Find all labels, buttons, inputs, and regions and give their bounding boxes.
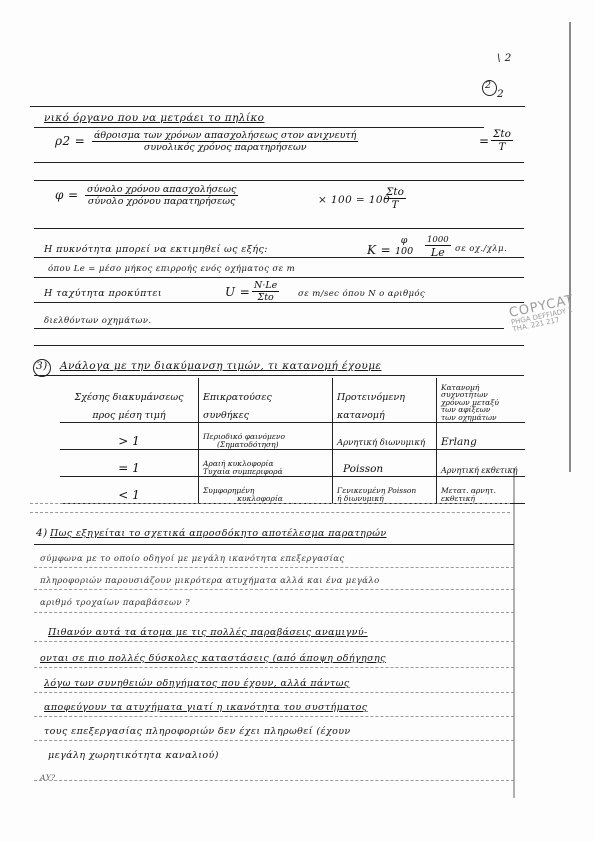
page-number-sub: 2 [497, 88, 504, 100]
rho2-denominator: συνολικός χρόνος παρατηρήσεων [92, 142, 358, 153]
row-ratio: < 1 [60, 477, 199, 504]
rule [34, 180, 524, 181]
rho2-result-den: T [491, 141, 513, 153]
rule [34, 345, 524, 346]
phi-fraction: σύνολο χρόνου απασχολήσεως σύνολο χρόνου… [85, 184, 238, 207]
density-frac2-num: 1000 [425, 235, 451, 246]
dotted-rule [34, 716, 514, 717]
density-text: Η πυκνότητα μπορεί να εκτιμηθεί ως εξής: [44, 244, 268, 255]
row-headway: Μετατ. αρνητ. εκθετική [437, 477, 526, 504]
header-conditions-line2: συνθήκες [203, 411, 328, 421]
dotted-rule [34, 780, 514, 781]
density-frac1-den: 100 [395, 246, 413, 257]
dotted-rule [34, 740, 514, 741]
speed-num: N·Le [252, 280, 279, 292]
rule [34, 257, 524, 258]
rule [34, 127, 484, 128]
row-proposed: Γενικευμένη Poisson ή διωνυμική [333, 477, 437, 504]
question-4-line2: σύμφωνα με το οποίο οδηγοί με μεγάλη ικα… [40, 554, 345, 564]
row-conditions: Περιοδικό φαινόμενο (Σηματοδότηση) [199, 423, 333, 450]
dotted-rule [34, 667, 514, 668]
rho2-result: Σto T [491, 128, 513, 153]
answer-4-line2: ονται σε πιο πολλές δύσκολες καταστάσεις… [40, 653, 386, 664]
rho2-numerator: άθροισμα των χρόνων απασχολήσεως στον αν… [92, 130, 358, 142]
row-proposed-line2: ή διωνυμική [337, 495, 432, 503]
row-ratio: = 1 [60, 450, 199, 477]
row-conditions-line2: κυκλοφορία [203, 495, 328, 503]
answer-4-line6: μεγάλη χωρητικότητα καναλιού) [48, 750, 219, 761]
rho2-fraction: άθροισμα των χρόνων απασχολήσεως στον αν… [92, 130, 358, 153]
rule [34, 302, 524, 303]
row-ratio: > 1 [60, 423, 199, 450]
dotted-rule [34, 641, 514, 642]
header-proposed-line1: Προτεινόμενη [337, 393, 432, 403]
header-headway: Κατανομή συχνοτήτων χρόνων μεταξύ των αφ… [437, 378, 526, 423]
row-conditions: Συμφορημένη κυκλοφορία [199, 477, 333, 504]
page-edge-border-lower [513, 468, 515, 798]
table-header-row: Σχέσης διακυμάνσεως προς μέση τιμή Επικρ… [60, 378, 525, 423]
answer-4-line5: τους επεξεργασίας πληροφοριών δεν έχει π… [44, 726, 351, 737]
density-k-label: K = [367, 243, 391, 257]
phi-multiplier: × 100 = 100 [318, 194, 390, 206]
scanned-page: \ 2 2 2 νικό όργανο που να μετράει το πη… [0, 0, 595, 842]
rule [34, 328, 504, 329]
dotted-rule [34, 692, 514, 693]
header-ratio-line2: προς μέση τιμή [64, 411, 194, 421]
rule [34, 544, 514, 545]
page-number: 2 [485, 80, 491, 91]
question-4-line3: πληροφοριών παρουσιάζουν μικρότερα ατυχή… [40, 576, 380, 586]
table-row: = 1 Αραιή κυκλοφορία Τυχαία συμπεριφορά … [60, 450, 525, 477]
header-ratio: Σχέσης διακυμάνσεως προς μέση τιμή [60, 378, 199, 423]
density-frac1-num: φ [395, 235, 413, 246]
speed-u-label: U = [225, 285, 250, 299]
header-ratio-line1: Σχέσης διακυμάνσεως [64, 393, 194, 403]
dotted-rule [34, 589, 514, 590]
density-frac1: φ 100 [395, 235, 413, 257]
table-row: < 1 Συμφορημένη κυκλοφορία Γενικευμένη P… [60, 477, 525, 504]
rho2-label: ρ2 = [55, 134, 85, 148]
answer-4-line1: Πιθανόν αυτά τα άτομα με τις πολλές παρα… [48, 627, 368, 638]
corner-mark: \ 2 [497, 52, 512, 64]
row-proposed: Αρνητική διωνυμική [333, 423, 437, 450]
le-definition: όπου Le = μέσο μήκος επιρροής ενός οχήμα… [48, 264, 295, 274]
header-conditions: Επικρατούσες συνθήκες [199, 378, 333, 423]
answer-4-line4: αποφεύγουν τα ατυχήματα γιατί η ικανότητ… [44, 702, 368, 713]
copycat-stamp: COPYCAT PHGA DEFFIADY 1 THA. 221 217 [508, 293, 578, 333]
rule [34, 162, 524, 163]
dotted-rule [30, 512, 510, 513]
answer-4-line3: λόγω των συνηθειών οδηγήματος που έχουν,… [44, 678, 350, 689]
instrument-line: νικό όργανο που να μετράει το πηλίκο [44, 112, 264, 124]
speed-text: Η ταχύτητα προκύπτει [44, 288, 162, 299]
header-proposed: Προτεινόμενη κατανομή [333, 378, 437, 423]
question-4-line1: Πως εξηγείται το σχετικά απροσδόκητο απο… [50, 528, 387, 539]
question-3-number: 3) [36, 360, 48, 372]
rule [34, 375, 524, 376]
dotted-rule [34, 567, 514, 568]
row-headway: Αρνητική εκθετική [437, 450, 526, 477]
dotted-rule [34, 612, 514, 613]
phi-result: Σto T [384, 186, 406, 211]
rho2-result-num: Σto [491, 128, 513, 141]
distribution-table: Σχέσης διακυμάνσεως προς μέση τιμή Επικρ… [60, 378, 525, 504]
question-4-line4: αριθμό τροχαίων παραβάσεων ? [40, 598, 190, 608]
speed-tail: διελθόντων οχημάτων. [44, 316, 151, 326]
row-proposed: Poisson [333, 450, 437, 477]
question-4-number: 4) [36, 527, 48, 539]
table-row: > 1 Περιοδικό φαινόμενο (Σηματοδότηση) Α… [60, 423, 525, 450]
header-conditions-line1: Επικρατούσες [203, 393, 328, 403]
rule [34, 277, 524, 278]
page-edge-border [569, 22, 571, 472]
header-proposed-line2: κατανομή [337, 411, 432, 421]
dotted-rule [30, 503, 510, 504]
phi-denominator: σύνολο χρόνου παρατηρήσεως [85, 196, 238, 207]
speed-unit: σε m/sec όπου N ο αριθμός [298, 289, 425, 299]
rho2-equals: = [479, 134, 489, 148]
phi-numerator: σύνολο χρόνου απασχολήσεως [85, 184, 238, 196]
row-conditions: Αραιή κυκλοφορία Τυχαία συμπεριφορά [199, 450, 333, 477]
row-conditions-line2: (Σηματοδότηση) [203, 441, 328, 449]
phi-label: φ = [55, 188, 78, 202]
question-3-text: Ανάλογα με την διακύμανση τιμών, τι κατα… [60, 360, 381, 372]
top-rule [30, 106, 525, 107]
header-headway-line5: των οχημάτων [441, 414, 521, 422]
density-unit: σε οχ./χλμ. [455, 244, 507, 254]
speed-fraction: N·Le Σto [252, 280, 279, 303]
row-headway-line2: εκθετική [441, 495, 521, 503]
row-conditions-line2: Τυχαία συμπεριφορά [203, 468, 328, 476]
rule [34, 228, 524, 229]
row-headway: Erlang [437, 423, 526, 450]
density-frac2: 1000 Le [425, 235, 451, 259]
phi-result-den: T [384, 199, 406, 211]
phi-result-num: Σto [384, 186, 406, 199]
